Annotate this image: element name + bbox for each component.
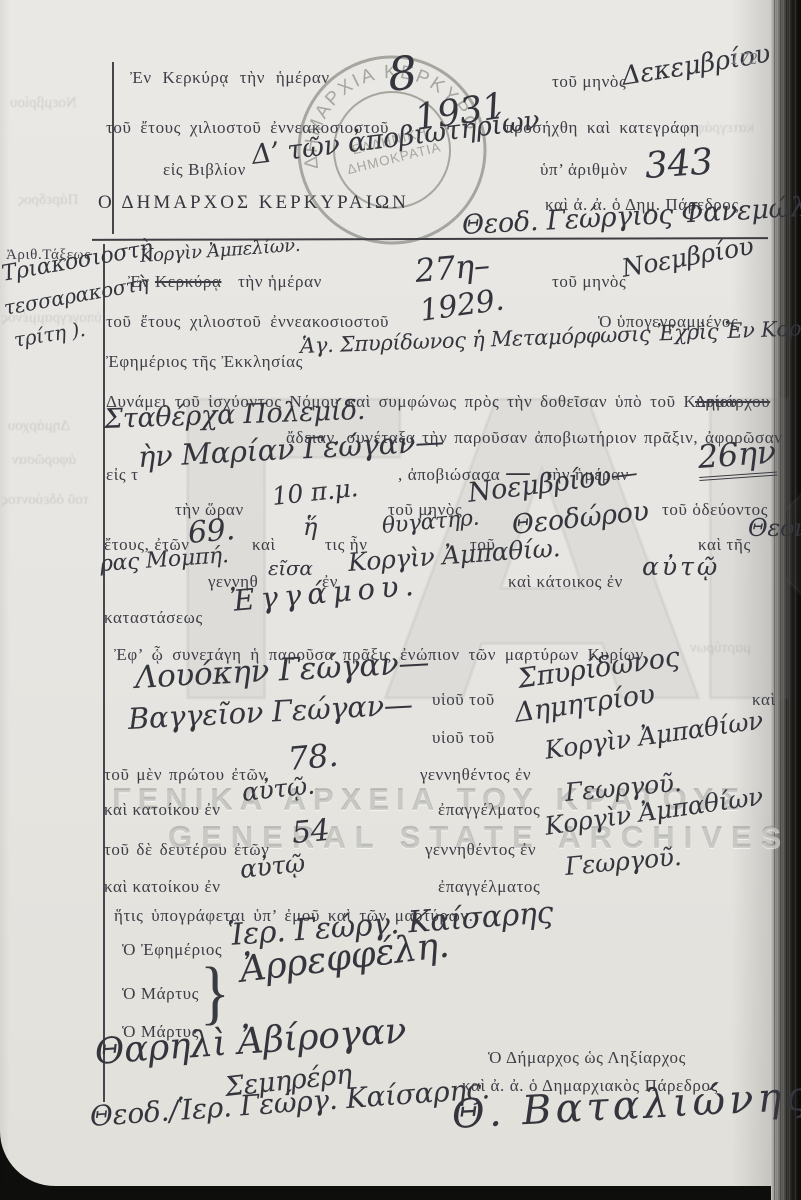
header-day-value: 8 bbox=[385, 45, 419, 102]
header-number-label: ὑπ’ ἀριθμὸν bbox=[540, 160, 628, 180]
body-day-value: 27η– bbox=[413, 246, 491, 290]
witness2-age-value: 54 bbox=[290, 813, 330, 851]
witness1-signature-label: Ὁ Μάρτυς bbox=[122, 984, 199, 1004]
body-month-label: τοῦ μηνὸς bbox=[552, 272, 626, 292]
body-line1-day-label: τὴν ἡμέραν bbox=[238, 272, 322, 292]
header-place-date: Ἐν Κερκύρᾳ τὴν ἡμέραν bbox=[130, 68, 330, 88]
residence-hand: αὐτῷ bbox=[642, 552, 720, 581]
witness2-son-of-label: υἱοῦ τοῦ bbox=[432, 728, 495, 748]
header-month-label: τοῦ μηνὸς bbox=[552, 72, 626, 92]
death-day-value: 26ην bbox=[697, 433, 778, 481]
mother-name-hand1: Θεον. bbox=[748, 514, 801, 542]
body-line1-en: Ἐν bbox=[128, 272, 150, 292]
page-number: 172 bbox=[730, 50, 758, 68]
showthrough-text: ἀφορῶσαν bbox=[12, 452, 76, 469]
body-year-label: τοῦ ἔτους χιλιοστοῦ ἐννεακοσιοστοῦ bbox=[106, 312, 389, 332]
priest-church-label: Ἐφημέριος τῆς Ἐκκλησίας bbox=[106, 352, 303, 372]
witness2-resident-label: καὶ κατοίκου ἐν bbox=[104, 877, 221, 897]
witness1-born-label: γεννηθέντος ἐν bbox=[420, 765, 531, 785]
deceased-article-label: εἰς τ bbox=[106, 465, 139, 485]
witness1-son-of-label: υἱοῦ τοῦ bbox=[432, 690, 495, 710]
mayor-word-struck: Δημάρχου bbox=[695, 392, 770, 412]
mayor-registrar-title: Ὁ Δήμαρχος ὡς Ληξίαρχος bbox=[488, 1048, 686, 1068]
body-place-struck: Κερκύρᾳ bbox=[155, 272, 221, 292]
scanned-death-record-page: ΓΑΚ ΓΕΝΙΚΑ ΑΡΧΕΙΑ ΤΟΥ ΚΡΑΤΟΥΣ GENERAL ST… bbox=[0, 0, 801, 1200]
status-label: καταστάσεως bbox=[104, 608, 203, 628]
header-book-label: εἰς Βιβλίον bbox=[163, 160, 246, 180]
witness2-occupation-label: ἐπαγγέλματος bbox=[438, 877, 540, 897]
showthrough-text: Δημάρχου bbox=[8, 418, 70, 435]
showthrough-text: τοῦ ὁδεύοντος bbox=[2, 492, 89, 509]
showthrough-text: Νοεμβρίου bbox=[10, 95, 77, 112]
relative-article-hand: ἥ bbox=[303, 513, 317, 541]
resident-label: καὶ κάτοικος ἐν bbox=[508, 572, 623, 592]
and-word: καὶ bbox=[252, 535, 276, 555]
body-vertical-rule bbox=[103, 244, 105, 1102]
witness1-resident-label: καὶ κατοίκου ἐν bbox=[104, 800, 221, 820]
header-number-value: 343 bbox=[644, 141, 715, 187]
showthrough-text: Πάρεδρος bbox=[18, 192, 78, 209]
witness1-occupation-label: ἐπαγγέλματος bbox=[438, 800, 540, 820]
witness2-born-label: γεννηθέντος ἐν bbox=[425, 840, 536, 860]
mayor-title: Ο ΔΗΜΑΡΧΟΣ ΚΕΡΚΥΡΑΙΩΝ bbox=[98, 192, 409, 214]
showthrough-text: μαρτύρων bbox=[690, 640, 751, 657]
